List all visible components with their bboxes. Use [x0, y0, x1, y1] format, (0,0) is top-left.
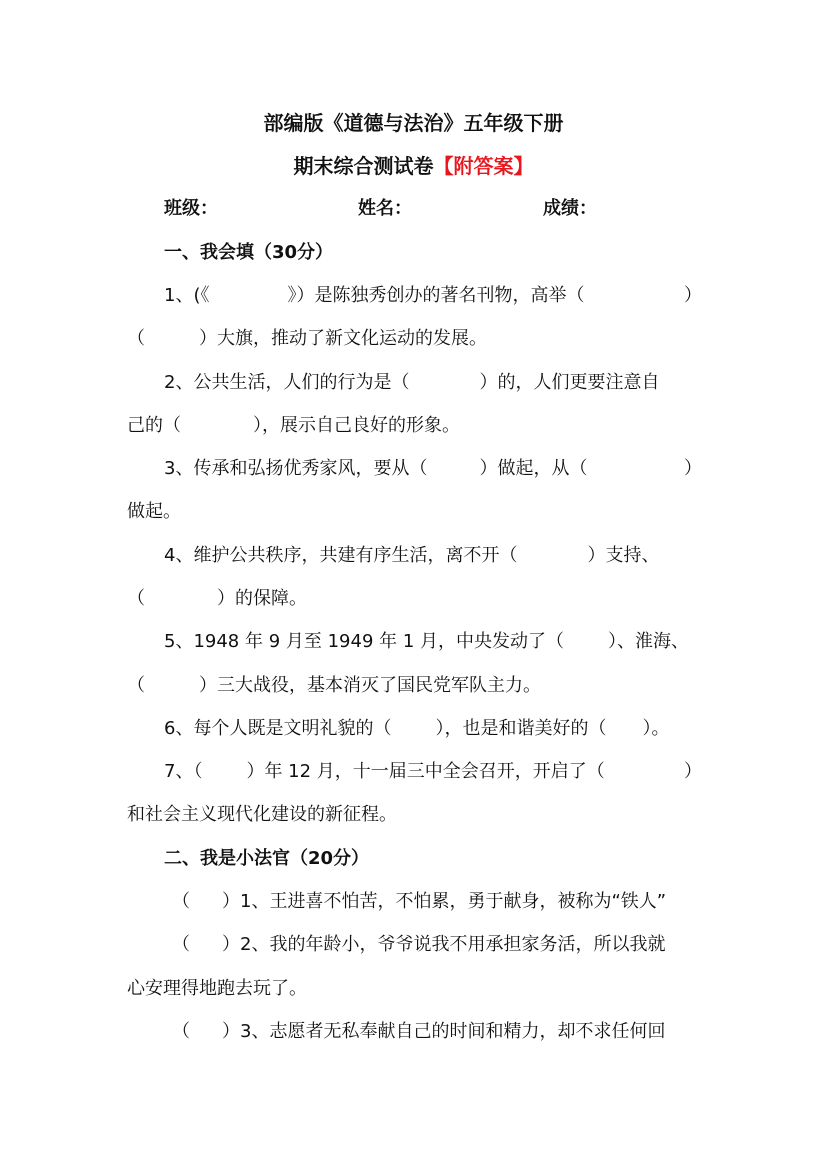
exam-page: 部编版《道德与法治》五年级下册 期末综合测试卷【附答案】 班级： 姓名： 成绩：… [0, 0, 827, 1169]
question-2-line1: 2、公共生活，人们的行为是（）的，人们更要注意自 [164, 371, 702, 395]
class-label: 班级： [164, 197, 218, 221]
question-1-line2: （ ）大旗，推动了新文化运动的发展。 [127, 327, 702, 351]
judge-question-1: （）1、王进喜不怕苦，不怕累，勇于献身，被称为“铁人” [172, 890, 712, 914]
question-1-line1: 1、(《》）是陈独秀创办的著名刊物，高举（ ） [164, 284, 702, 308]
judge-question-2-line2: 心安理得地跑去玩了。 [127, 977, 702, 1001]
question-3-line2: 做起。 [127, 500, 702, 524]
exam-title: 部编版《道德与法治》五年级下册 [0, 110, 827, 136]
subtitle-text: 期末综合测试卷 [294, 154, 434, 178]
question-3-line1: 3、传承和弘扬优秀家风，要从（）做起，从（ ） [164, 457, 702, 481]
q1-seg1: 1、(《》）是陈独秀创办的著名刊物，高举（ [164, 284, 584, 308]
exam-subtitle: 期末综合测试卷【附答案】 [0, 153, 827, 179]
score-label: 成绩： [543, 197, 597, 221]
question-7-line2: 和社会主义现代化建设的新征程。 [127, 803, 702, 827]
question-7-line1: 7、（）年 12 月，十一届三中全会召开，开启了（ ） [164, 760, 702, 784]
question-4-line2: （ ）的保障。 [127, 587, 702, 611]
judge-question-3: （）3、志愿者无私奉献自己的时间和精力，却不求任何回 [172, 1020, 712, 1044]
section1-heading: 一、我会填（30分） [164, 241, 702, 265]
question-5-line1: 5、1948 年 9 月至 1949 年 1 月，中央发动了（）、淮海、 [164, 630, 702, 654]
judge-question-2-line1: （）2、我的年龄小，爷爷说我不用承担家务活，所以我就 [172, 933, 712, 957]
question-2-line2: 己的（ ），展示自己良好的形象。 [127, 414, 702, 438]
q1-seg3: ） [684, 284, 702, 308]
question-5-line2: （ ）三大战役，基本消灭了国民党军队主力。 [127, 674, 702, 698]
question-6-line1: 6、每个人既是文明礼貌的（），也是和谐美好的（）。 [164, 717, 702, 741]
section2-heading: 二、我是小法官（20分） [164, 847, 702, 871]
answer-key-tag: 【附答案】 [434, 154, 534, 178]
question-4-line1: 4、维护公共秩序，共建有序生活，离不开（）支持、 [164, 544, 702, 568]
name-label: 姓名： [358, 197, 412, 221]
